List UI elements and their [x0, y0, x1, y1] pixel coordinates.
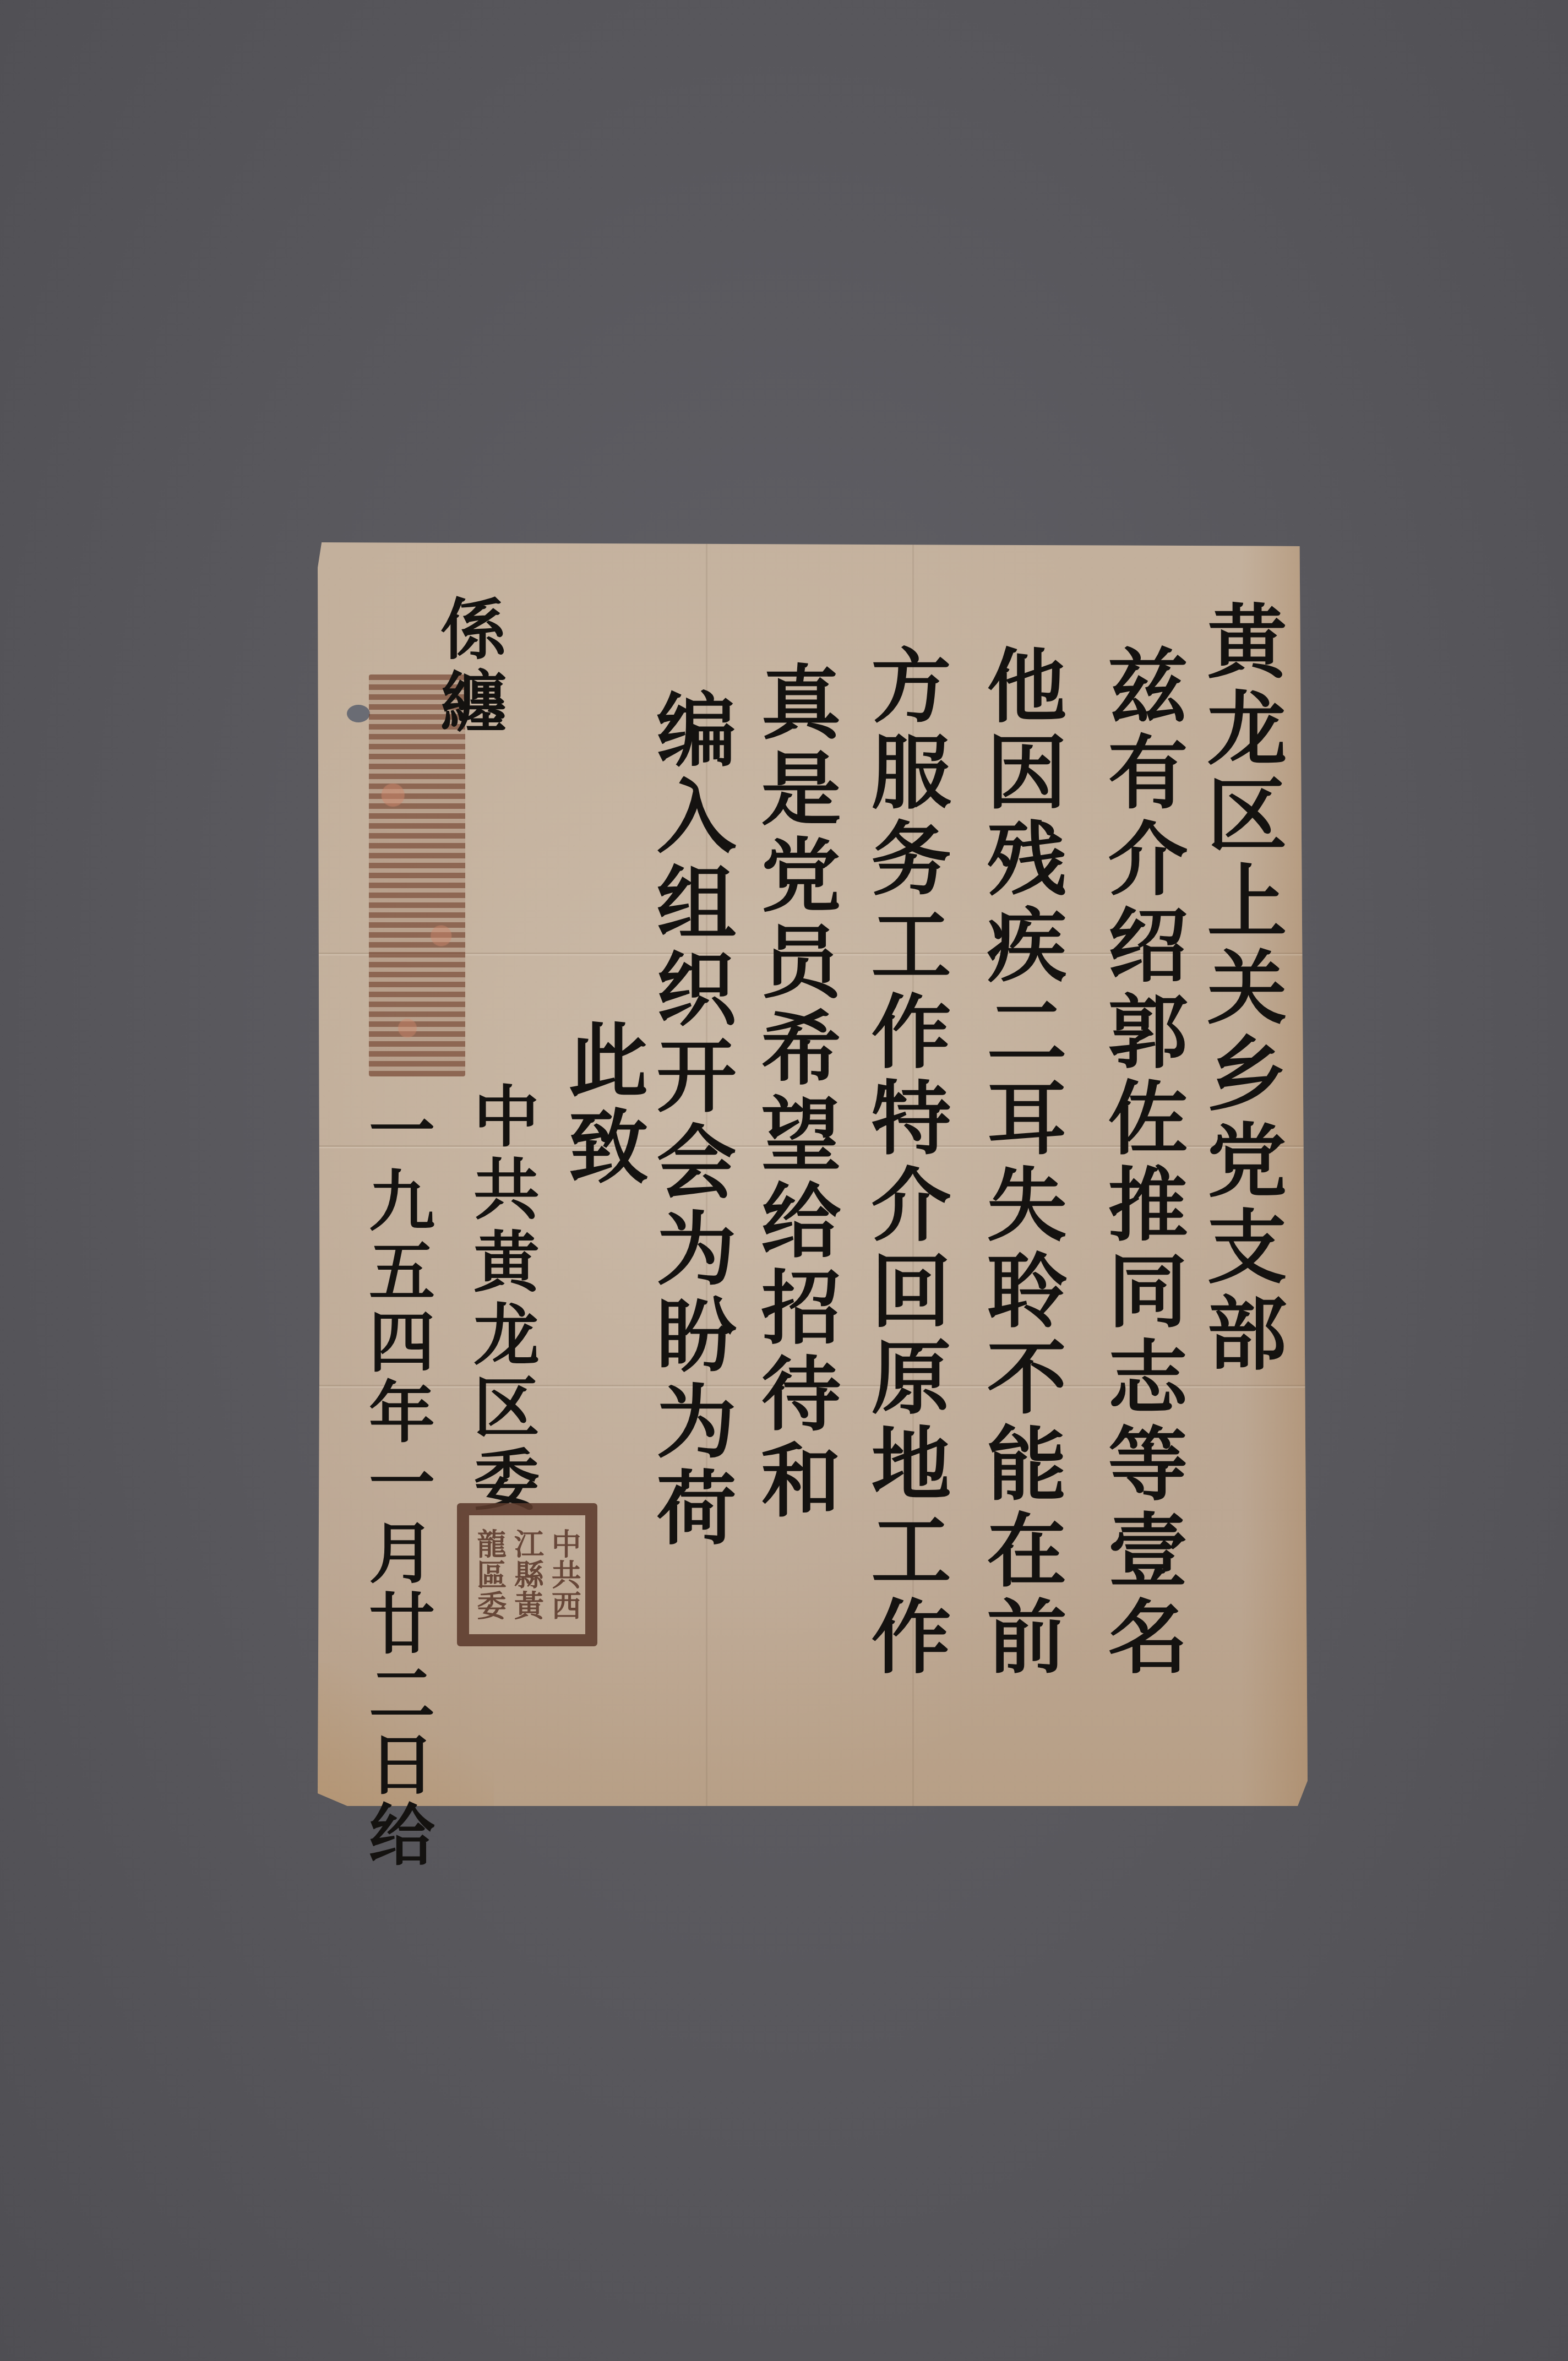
seal-text-col-2: 江縣黃: [512, 1528, 542, 1621]
letter-body-line-2: 他因残疾二耳失聆不能在前: [980, 644, 1060, 1682]
top-left-note: 係纏: [435, 595, 501, 740]
letter-body-line-4: 真是党员希望给招待和: [754, 661, 834, 1525]
letter-body-line-3: 方服务工作特介回原地工作: [864, 644, 944, 1682]
letter-addressee: 黄龙区上关乡党支部: [1200, 600, 1280, 1378]
letter-closing: 此致: [562, 1019, 641, 1192]
seal-text-col-1: 中共西: [549, 1528, 579, 1621]
letter-body-line-1: 兹有介绍郭佐推同志等壹名: [1101, 644, 1181, 1682]
official-seal: 中共西 江縣黃 龍區委: [457, 1503, 597, 1646]
letter-signature: 中共黄龙区委: [468, 1082, 534, 1518]
seal-text-col-3: 龍區委: [475, 1528, 505, 1621]
letter-body-line-5: 编入组织开会为盼为荷: [650, 688, 729, 1553]
punch-hole: [347, 705, 370, 722]
letter-date: 一九五四年一月廿二日给: [363, 1096, 429, 1871]
